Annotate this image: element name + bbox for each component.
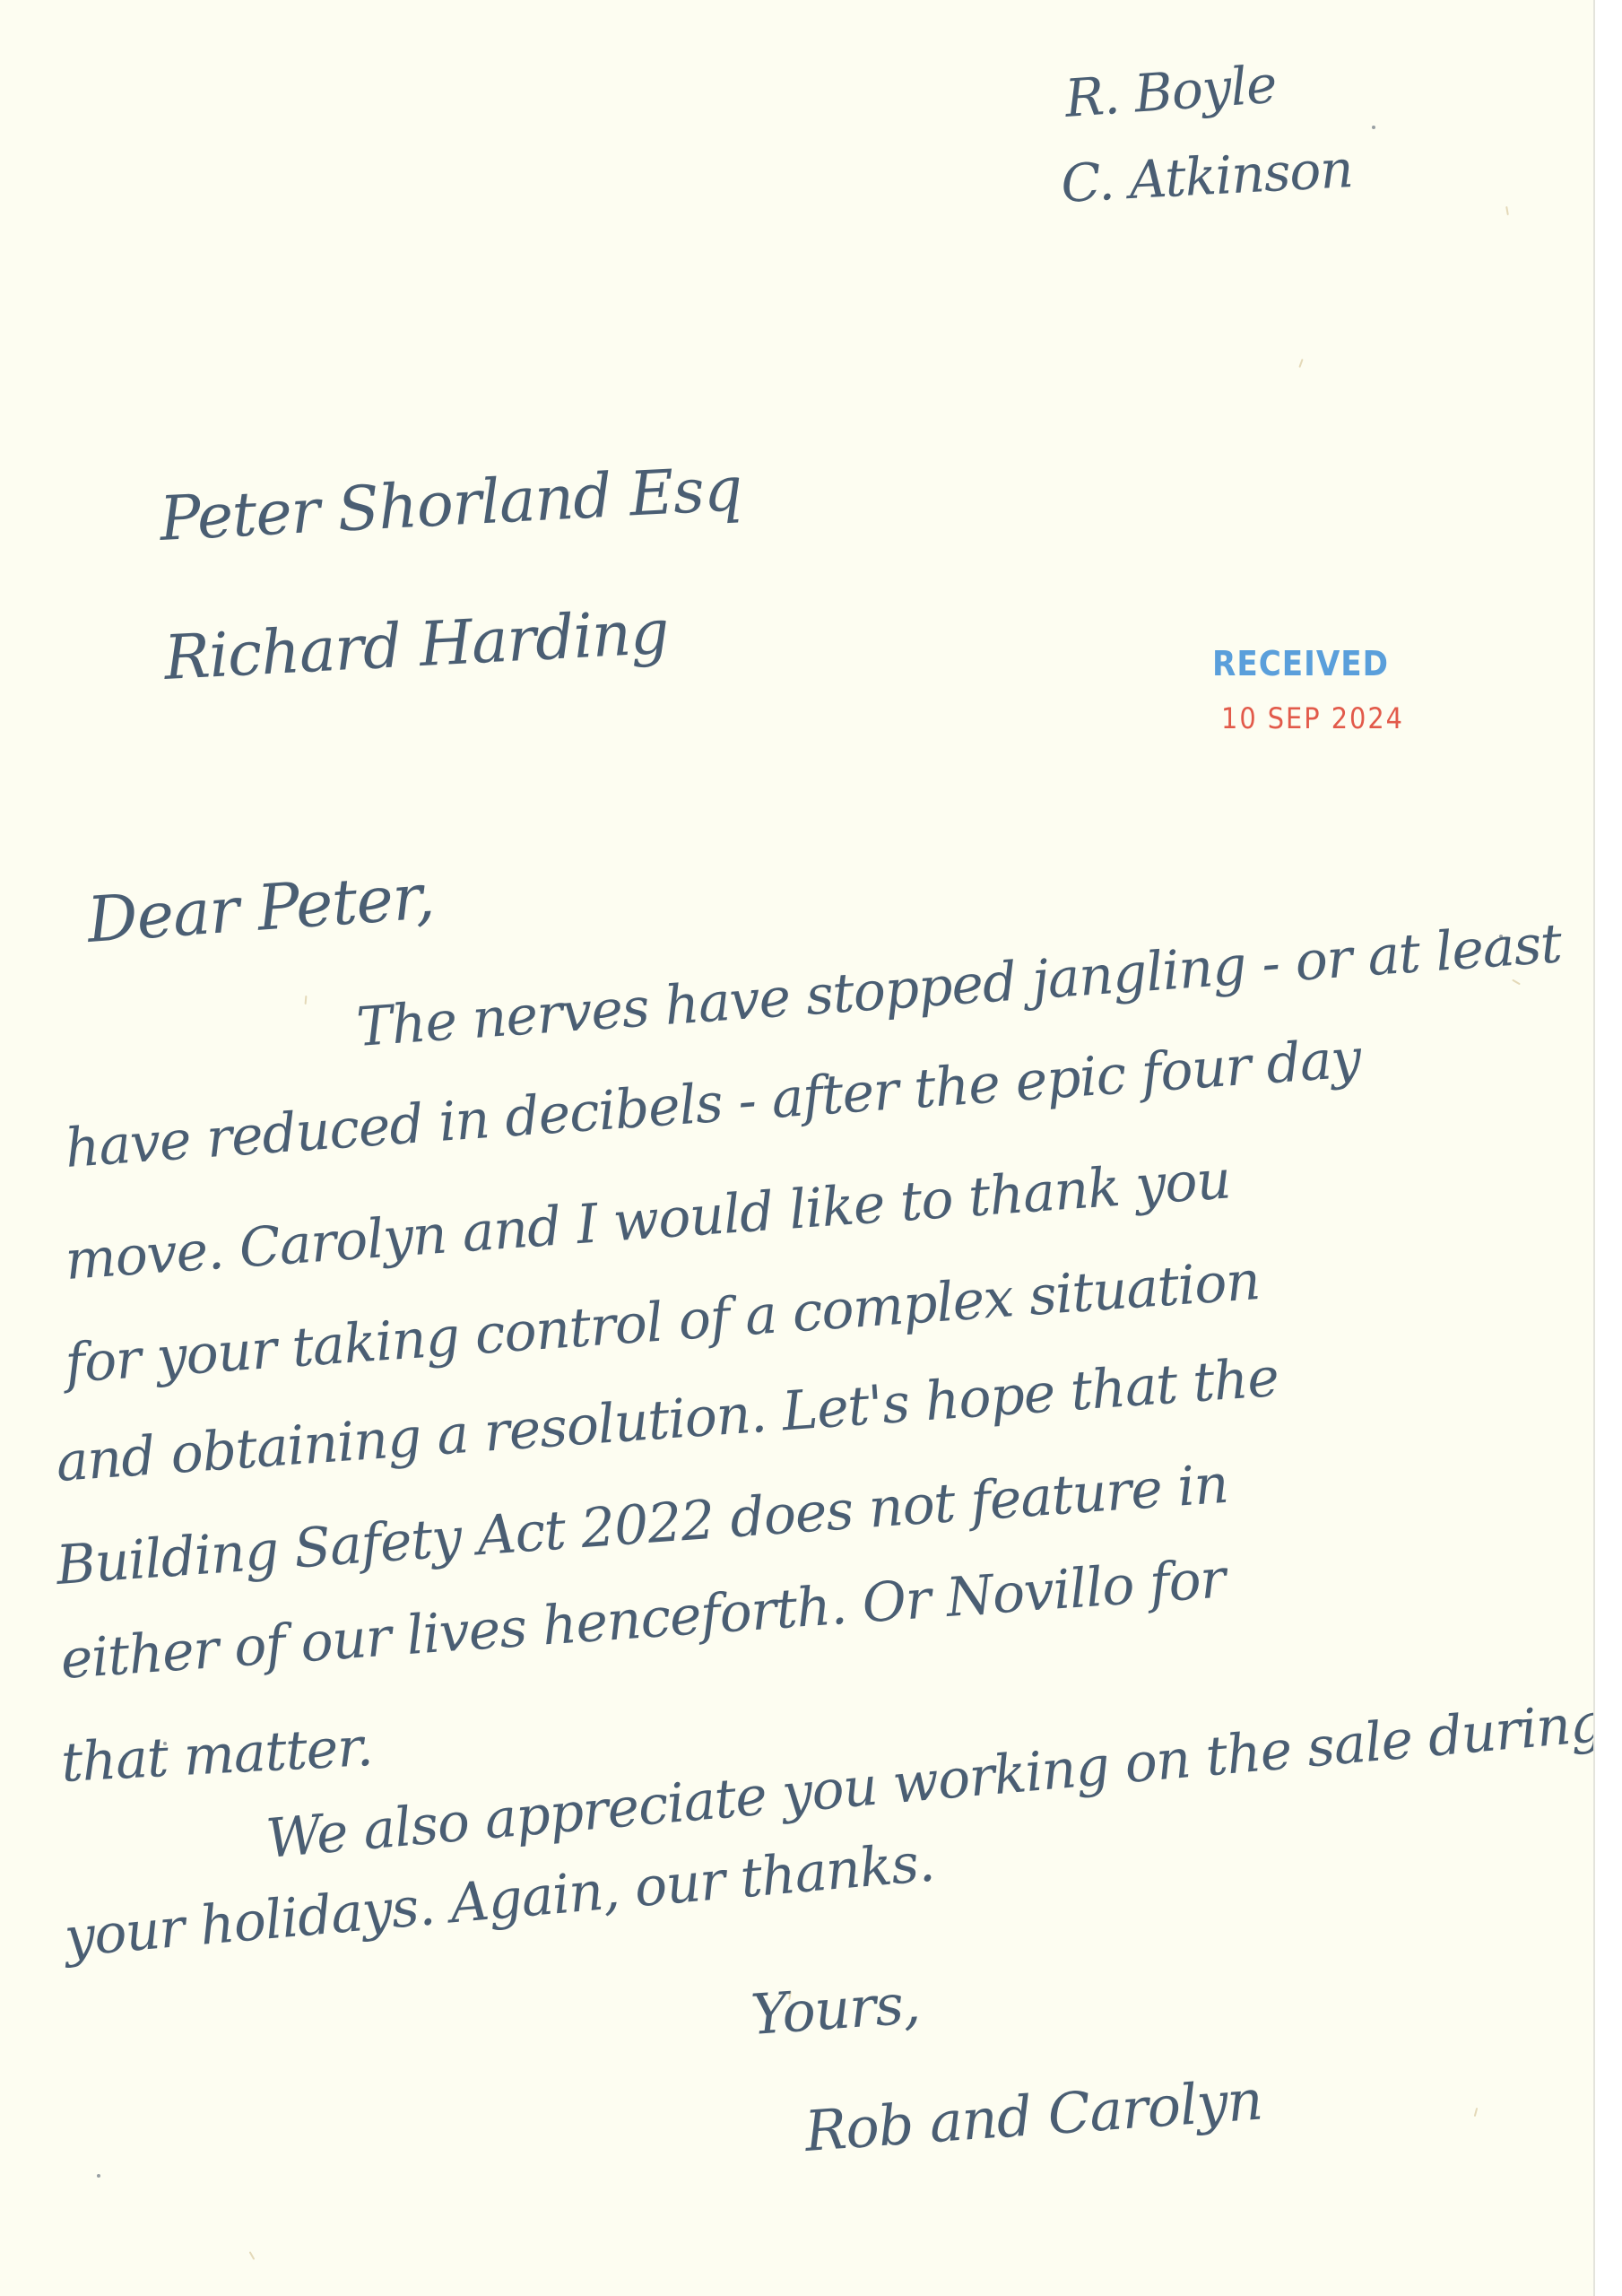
paper-fleck bbox=[1512, 979, 1521, 986]
body-line-10: your holidays. Again, our thanks. bbox=[63, 1834, 937, 1966]
paper-fleck bbox=[305, 996, 308, 1004]
paper-dot bbox=[97, 2174, 100, 2178]
routing-initial-1: R. Boyle bbox=[1063, 57, 1278, 126]
signature: Rob and Carolyn bbox=[803, 2072, 1264, 2161]
received-stamp: RECEIVED bbox=[1212, 644, 1389, 683]
addressee-1: Peter Shorland Esq bbox=[158, 458, 743, 552]
paper-fleck bbox=[1474, 2108, 1479, 2117]
paper-fleck bbox=[1505, 206, 1509, 215]
closing: Yours, bbox=[750, 1975, 922, 2044]
routing-initial-2: C. Atkinson bbox=[1060, 142, 1354, 211]
paper-fleck bbox=[1298, 359, 1303, 368]
body-line-1: The nerves have stopped jangling - or at… bbox=[355, 916, 1564, 1056]
salutation: Dear Peter, bbox=[85, 864, 436, 952]
letter-page: R. Boyle C. Atkinson Peter Shorland Esq … bbox=[0, 0, 1595, 2296]
addressee-2: Richard Harding bbox=[162, 602, 670, 691]
body-line-8: that matter. bbox=[60, 1719, 374, 1791]
paper-fleck bbox=[249, 2251, 256, 2260]
paper-dot bbox=[1372, 126, 1375, 129]
received-date-stamp: 10 SEP 2024 bbox=[1221, 701, 1404, 735]
